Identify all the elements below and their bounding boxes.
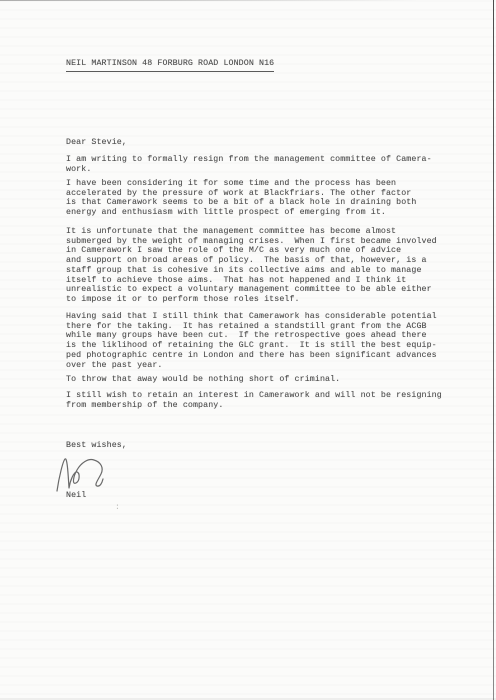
paragraph-committee: It is unfortunate that the management co… — [66, 227, 437, 305]
paragraph-criminal: To throw that away would be nothing shor… — [66, 375, 340, 385]
paragraph-reasons: I have been considering it for some time… — [66, 179, 416, 218]
salutation: Dear Stevie, — [66, 138, 127, 148]
sender-address-line: NEIL MARTINSON 48 FORBURG ROAD LONDON N1… — [66, 59, 274, 72]
sender-address-text: NEIL MARTINSON 48 FORBURG ROAD LONDON N1… — [66, 59, 274, 72]
scan-smudge-mark: : — [115, 505, 120, 511]
scan-edge-right — [493, 0, 494, 700]
paragraph-potential: Having said that I still think that Came… — [66, 312, 437, 370]
paragraph-resignation: I am writing to formally resign from the… — [66, 155, 432, 174]
scanned-letter-page: NEIL MARTINSON 48 FORBURG ROAD LONDON N1… — [0, 0, 496, 700]
signature-name: Neil — [66, 491, 86, 501]
paragraph-membership: I still wish to retain an interest in Ca… — [66, 391, 442, 410]
scan-edge-top — [0, 0, 420, 1]
closing-line: Best wishes, — [66, 441, 127, 451]
